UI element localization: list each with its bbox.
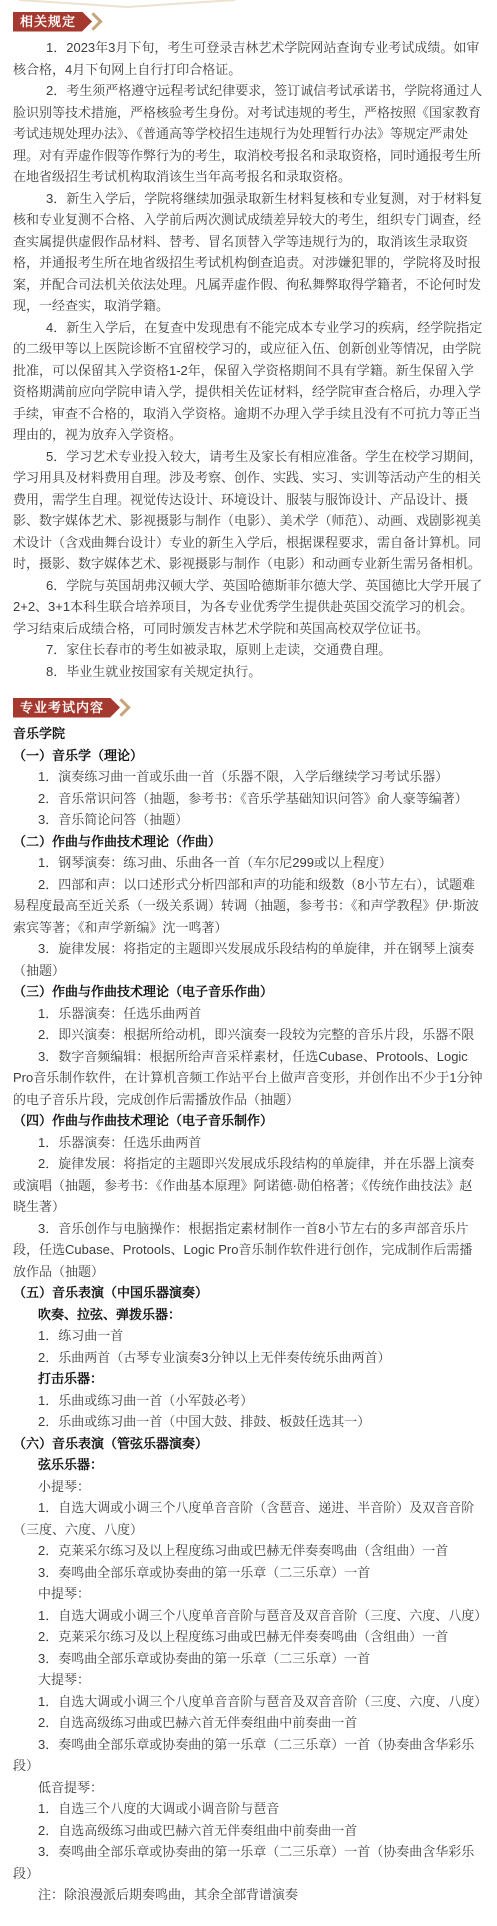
exam-label: 低音提琴： xyxy=(13,1777,484,1799)
exam-item: 1．乐器演奏：任选乐曲两首 xyxy=(13,1132,484,1154)
chevron-right-icon xyxy=(112,698,130,716)
exam-heading: （五）音乐表演（中国乐器演奏） xyxy=(13,1282,484,1304)
exam-subheading: 弦乐乐器： xyxy=(13,1454,484,1476)
regulation-paragraph: 3．新生入学后，学院将继续加强录取新生材料复核和专业复测，对于材料复核和专业复测… xyxy=(13,188,484,317)
exam-item: 2．克莱采尔练习及以上程度练习曲或巴赫无伴奏奏鸣曲（含组曲）一首 xyxy=(13,1540,484,1562)
exam-item: 2．自选高级练习曲或巴赫六首无伴奏组曲中前奏曲一首 xyxy=(13,1712,484,1734)
regulation-paragraph: 5．学习艺术专业投入较大，请考生及家长有相应准备。学生在校学习期间，学习用具及材… xyxy=(13,446,484,575)
regulation-paragraph: 7．家住长春市的考生如被录取，原则上走读，交通费自理。 xyxy=(13,639,484,661)
exam-item: 2．乐曲或练习曲一首（中国大鼓、排鼓、板鼓任选其一） xyxy=(13,1411,484,1433)
exam-item: 3．音乐创作与电脑操作：根据指定素材制作一首8小节左右的多声部音乐片段，任选Cu… xyxy=(13,1218,484,1283)
regulation-paragraph: 2．考生须严格遵守远程考试纪律要求，签订诚信考试承诺书，学院将通过人脸识别等技术… xyxy=(13,80,484,188)
regulations-section-header: 相关规定 xyxy=(13,11,484,32)
regulation-paragraph: 1．2023年3月下旬，考生可登录吉林艺术学院网站查询专业考试成绩。如审核合格，… xyxy=(13,37,484,80)
exam-item: 2．旋律发展：将指定的主题即兴发展成乐段结构的单旋律，并在乐器上演奏或演唱（抽题… xyxy=(13,1153,484,1218)
exam-heading: （一）音乐学（理论） xyxy=(13,745,484,767)
exam-label: 中提琴： xyxy=(13,1583,484,1605)
exam-item: 3．数字音频编辑：根据所给声音采样素材，任选Cubase、Protools、Lo… xyxy=(13,1046,484,1111)
exam-note: 注：除浪漫派后期奏鸣曲，其余全部背谱演奏 xyxy=(13,1884,484,1906)
exam-heading: （六）音乐表演（管弦乐器演奏） xyxy=(13,1433,484,1455)
regulations-list: 1．2023年3月下旬，考生可登录吉林艺术学院网站查询专业考试成绩。如审核合格，… xyxy=(13,37,484,682)
exam-item: 1．自选大调或小调三个八度单音音阶与琶音及双音音阶（三度、六度、八度） xyxy=(13,1691,484,1713)
banner-remnant-decoration xyxy=(15,0,245,9)
regulation-paragraph: 8．毕业生就业按国家有关规定执行。 xyxy=(13,661,484,683)
exam-subheading: 吹奏、拉弦、弹拨乐器： xyxy=(13,1304,484,1326)
exam-heading: （四）作曲与作曲技术理论（电子音乐制作） xyxy=(13,1110,484,1132)
exam-item: 3．奏鸣曲全部乐章或协奏曲的第一乐章（二三乐章）一首 xyxy=(13,1648,484,1670)
regulations-badge: 相关规定 xyxy=(13,12,92,32)
exam-item: 1．练习曲一首 xyxy=(13,1325,484,1347)
exam-item: 2．乐曲两首（古琴专业演奏3分钟以上无伴奏传统乐曲两首） xyxy=(13,1347,484,1369)
exam-item: 2．克莱采尔练习及以上程度练习曲或巴赫无伴奏奏鸣曲（含组曲）一首 xyxy=(13,1626,484,1648)
exam-school: 音乐学院 xyxy=(13,723,484,745)
exam-item: 3．奏鸣曲全部乐章或协奏曲的第一乐章（二三乐章）一首 xyxy=(13,1562,484,1584)
exam-item: 1．自选三个八度的大调或小调音阶与琶音 xyxy=(13,1798,484,1820)
exam-item: 3．音乐简论问答（抽题） xyxy=(13,809,484,831)
exam-label: 小提琴： xyxy=(13,1476,484,1498)
exam-item: 3．旋律发展：将指定的主题即兴发展成乐段结构的单旋律，并在钢琴上演奏（抽题） xyxy=(13,938,484,981)
exam-item: 2．即兴演奏：根据所给动机，即兴演奏一段较为完整的音乐片段，乐器不限 xyxy=(13,1024,484,1046)
regulation-paragraph: 6．学院与英国胡弗汉顿大学、英国哈德斯菲尔德大学、英国德比大学开展了2+2、3+… xyxy=(13,575,484,640)
admissions-document: 相关规定 1．2023年3月下旬，考生可登录吉林艺术学院网站查询专业考试成绩。如… xyxy=(0,0,497,1926)
exam-item: 2．四部和声：以口述形式分析四部和声的功能和级数（8小节左右），试题难易程度最高… xyxy=(13,874,484,939)
regulation-paragraph: 4．新生入学后，在复查中发现患有不能完成本专业学习的疾病，经学院指定的二级甲等以… xyxy=(13,317,484,446)
exam-content-badge: 专业考试内容 xyxy=(13,698,120,718)
exam-item: 1．演奏练习曲一首或乐曲一首（乐器不限，入学后继续学习考试乐器） xyxy=(13,766,484,788)
exam-item: 2．音乐常识问答（抽题，参考书：《音乐学基础知识问答》俞人豪等编著） xyxy=(13,788,484,810)
chevron-right-icon xyxy=(84,12,102,30)
exam-heading: （三）作曲与作曲技术理论（电子音乐作曲） xyxy=(13,981,484,1003)
exam-item: 3．奏鸣曲全部乐章或协奏曲的第一乐章（二三乐章）一首（协奏曲含华彩乐段） xyxy=(13,1734,484,1777)
exam-heading: （二）作曲与作曲技术理论（作曲） xyxy=(13,831,484,853)
exam-subheading: 打击乐器： xyxy=(13,1368,484,1390)
exam-item: 1．自选大调或小调三个八度单音音阶与琶音及双音音阶（三度、六度、八度） xyxy=(13,1605,484,1627)
exam-content-section-header: 专业考试内容 xyxy=(13,697,484,718)
exam-item: 1．乐器演奏：任选乐曲两首 xyxy=(13,1003,484,1025)
exam-item: 1．自选大调或小调三个八度单音音阶（含琶音、递进、半音阶）及双音音阶（三度、六度… xyxy=(13,1497,484,1540)
exam-item: 1．乐曲或练习曲一首（小军鼓必考） xyxy=(13,1390,484,1412)
exam-content-blocks: 音乐学院（一）音乐学（理论）1．演奏练习曲一首或乐曲一首（乐器不限，入学后继续学… xyxy=(13,723,484,1906)
exam-item: 2．自选高级练习曲或巴赫六首无伴奏组曲中前奏曲一首 xyxy=(13,1820,484,1842)
exam-label: 大提琴： xyxy=(13,1669,484,1691)
exam-item: 3．奏鸣曲全部乐章或协奏曲的第一乐章（二三乐章）一首（协奏曲含华彩乐段） xyxy=(13,1841,484,1884)
exam-item: 1．钢琴演奏：练习曲、乐曲各一首（车尔尼299或以上程度） xyxy=(13,852,484,874)
